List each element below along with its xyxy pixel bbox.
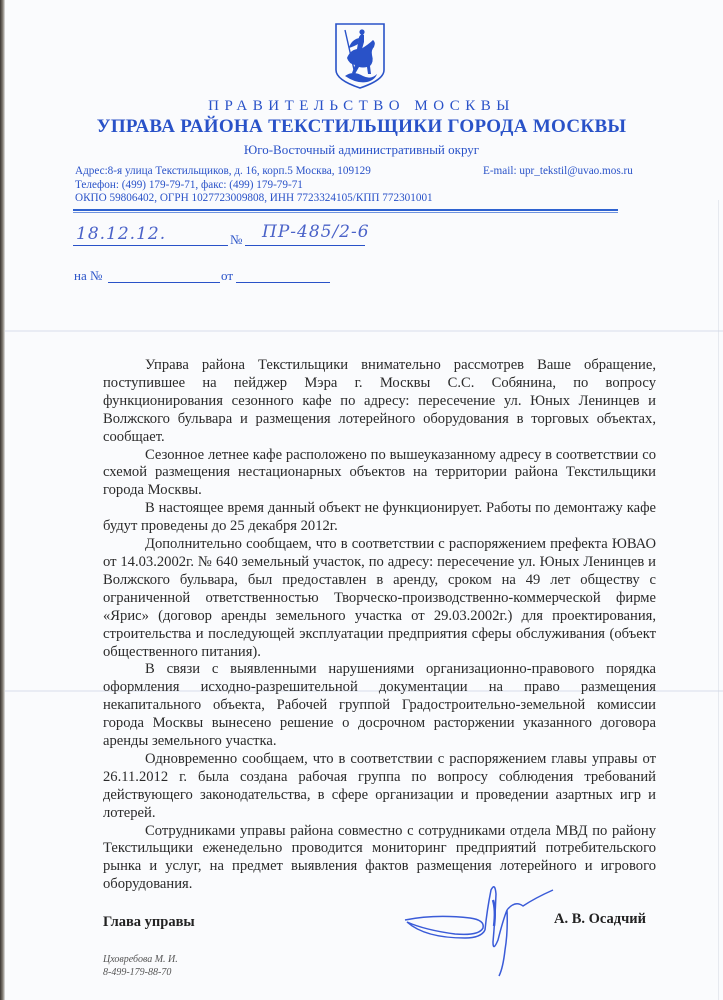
phone-text: Телефон: (499) 179-79-71, факс: (499) 17… [75, 179, 433, 193]
paper-fold-line [5, 330, 723, 332]
from-label: от [221, 268, 233, 284]
paragraph: В настоящее время данный объект не функц… [103, 500, 656, 536]
executor-name: Цховребова М. И. [103, 953, 178, 966]
paragraph: В связи с выявленными нарушениями органи… [103, 661, 656, 751]
contact-block: Адрес:8-я улица Текстильщиков, д. 16, ко… [75, 165, 433, 206]
executor-block: Цховребова М. И. 8-499-179-88-70 [103, 953, 178, 979]
paper-fold-line [718, 200, 719, 1000]
number-label: № [230, 232, 242, 248]
handwritten-date: 18.12.12. [76, 224, 166, 244]
paragraph: Управа района Текстильщики внимательно р… [103, 357, 656, 447]
handwritten-number: ПР-485/2-6 [262, 222, 370, 242]
government-title: ПРАВИТЕЛЬСТВО МОСКВЫ [0, 98, 723, 115]
date-underline [73, 244, 228, 246]
paragraph: Дополнительно сообщаем, что в соответств… [103, 536, 656, 661]
address-text: Адрес:8-я улица Текстильщиков, д. 16, ко… [75, 165, 433, 179]
reply-to-label: на № [74, 268, 102, 284]
executor-phone: 8-499-179-88-70 [103, 966, 178, 979]
signatory-title: Глава управы [103, 914, 195, 931]
moscow-coat-of-arms-icon [333, 22, 387, 90]
email-text: E-mail: upr_tekstil@uvao.mos.ru [483, 165, 633, 177]
organization-title: УПРАВА РАЙОНА ТЕКСТИЛЬЩИКИ ГОРОДА МОСКВЫ [0, 116, 723, 138]
number-underline [245, 244, 365, 246]
handwritten-signature-icon [395, 880, 570, 980]
paragraph: Сезонное летнее кафе расположено по выше… [103, 447, 656, 501]
paragraph: Сотрудниками управы района совместно с с… [103, 823, 656, 895]
district-name: Юго-Восточный административный округ [0, 142, 723, 158]
registry-codes: ОКПО 59806402, ОГРН 1027723009808, ИНН 7… [75, 192, 433, 206]
letterhead-divider [73, 209, 618, 211]
letter-body: Управа района Текстильщики внимательно р… [103, 357, 656, 894]
from-field [236, 281, 330, 283]
signatory-name: А. В. Осадчий [554, 911, 646, 928]
reply-to-field [108, 281, 220, 283]
letterhead-divider-thin [73, 212, 618, 213]
paragraph: Одновременно сообщаем, что в соответстви… [103, 751, 656, 823]
